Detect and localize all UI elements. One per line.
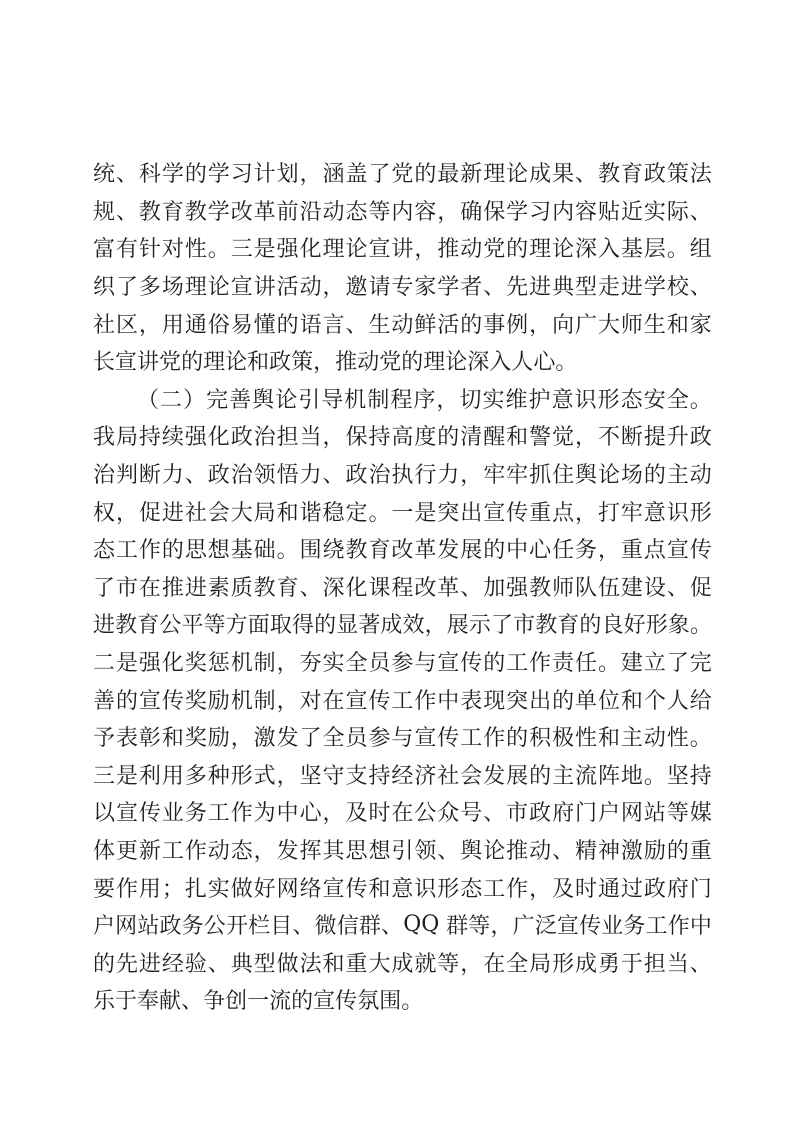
glyph: 以 <box>93 796 115 827</box>
glyph: 活 <box>277 270 299 301</box>
glyph: 政 <box>208 458 230 489</box>
glyph: 场 <box>162 270 184 301</box>
glyph: 例 <box>506 308 528 339</box>
glyph: 人 <box>667 684 689 715</box>
glyph: 重 <box>345 947 367 978</box>
glyph: 政 <box>269 345 291 376</box>
glyph: 作 <box>483 721 505 752</box>
glyph: ， <box>277 684 299 715</box>
glyph: 励 <box>208 721 230 752</box>
glyph: 三 <box>93 759 115 790</box>
glyph: 用 <box>162 759 184 790</box>
glyph: 示 <box>469 608 491 639</box>
glyph: 完 <box>206 383 228 414</box>
glyph: 持 <box>368 420 390 451</box>
glyph: 宣 <box>667 533 689 564</box>
glyph: 传 <box>368 684 390 715</box>
glyph: 先 <box>116 947 138 978</box>
glyph: 际 <box>667 195 689 226</box>
glyph: 形 <box>437 872 459 903</box>
glyph: 人 <box>511 345 533 376</box>
glyph: 务 <box>185 796 207 827</box>
glyph: 想 <box>208 533 230 564</box>
glyph: 思 <box>185 533 207 564</box>
glyph: 学 <box>644 270 666 301</box>
glyph: 大 <box>231 496 253 527</box>
glyph: ， <box>460 458 482 489</box>
glyph: 推 <box>437 232 459 263</box>
glyph: 网 <box>621 796 643 827</box>
glyph: 通 <box>185 308 207 339</box>
text-line: 织了多场理论宣讲活动，邀请专家学者、先进典型走进学校、 <box>93 267 712 305</box>
glyph: 作 <box>231 796 253 827</box>
glyph: 神 <box>598 834 620 865</box>
text-line: 规、教育教学改革前沿动态等内容，确保学习内容贴近实际、 <box>93 192 712 230</box>
glyph: 市 <box>513 608 535 639</box>
glyph: ， <box>529 872 551 903</box>
glyph: 乐 <box>93 984 115 1015</box>
glyph: ， <box>414 232 436 263</box>
glyph: 性 <box>575 721 597 752</box>
glyph: 典 <box>231 947 253 978</box>
glyph: 容 <box>414 195 436 226</box>
paragraph-theory-learning: 统、科学的学习计划，涵盖了党的最新理论成果、教育政策法规、教育教学改革前沿动态等… <box>93 154 712 380</box>
glyph: 是 <box>116 646 138 677</box>
glyph: 阵 <box>598 759 620 790</box>
glyph: 教 <box>529 571 551 602</box>
glyph: ， <box>300 157 322 188</box>
glyph: ， <box>436 383 458 414</box>
glyph: 机 <box>231 646 253 677</box>
glyph: 革 <box>437 571 459 602</box>
glyph: 济 <box>414 759 436 790</box>
glyph: 教 <box>185 195 207 226</box>
glyph: 推 <box>162 571 184 602</box>
glyph: 及 <box>345 796 367 827</box>
glyph: 。 <box>368 496 390 527</box>
glyph: 会 <box>208 496 230 527</box>
glyph: 业 <box>162 796 184 827</box>
glyph: 力 <box>437 458 459 489</box>
glyph: 络 <box>300 872 322 903</box>
glyph: 支 <box>345 759 367 790</box>
glyph: 动 <box>644 721 666 752</box>
glyph: 的 <box>483 646 505 677</box>
glyph: 作 <box>116 872 138 903</box>
glyph: 围 <box>379 984 401 1015</box>
space <box>439 912 446 937</box>
glyph: 宣 <box>116 796 138 827</box>
glyph: 划 <box>277 157 299 188</box>
glyph: 媒 <box>690 796 712 827</box>
glyph: 宣 <box>437 646 459 677</box>
glyph: 基 <box>621 232 643 263</box>
glyph: 的 <box>483 533 505 564</box>
glyph: 一 <box>247 984 269 1015</box>
glyph: 创 <box>225 984 247 1015</box>
glyph: 广 <box>575 308 597 339</box>
glyph: 经 <box>391 759 413 790</box>
glyph: 善 <box>229 383 251 414</box>
glyph: ， <box>254 834 276 865</box>
glyph: 的 <box>277 308 299 339</box>
glyph: 宣 <box>414 721 436 752</box>
glyph: 持 <box>368 759 390 790</box>
glyph: 动 <box>300 270 322 301</box>
glyph: 坚 <box>667 759 689 790</box>
glyph: 发 <box>277 721 299 752</box>
glyph: 奖 <box>185 721 207 752</box>
glyph: 学 <box>437 270 459 301</box>
glyph: 传 <box>690 533 712 564</box>
glyph: 极 <box>552 721 574 752</box>
glyph: ， <box>425 608 447 639</box>
glyph: 信 <box>337 909 359 940</box>
glyph: 全 <box>667 383 689 414</box>
glyph: 氛 <box>357 984 379 1015</box>
glyph: 传 <box>437 721 459 752</box>
glyph: 学 <box>162 157 184 188</box>
glyph: 事 <box>483 308 505 339</box>
glyph: 务 <box>623 909 645 940</box>
glyph: 好 <box>254 872 276 903</box>
glyph: ， <box>323 420 345 451</box>
glyph: 责 <box>552 646 574 677</box>
glyph: 了 <box>368 157 390 188</box>
glyph: 策 <box>667 157 689 188</box>
glyph: 性 <box>185 232 207 263</box>
glyph: 的 <box>529 759 551 790</box>
glyph: 内 <box>552 195 574 226</box>
glyph: ， <box>437 195 459 226</box>
glyph: 守 <box>323 759 345 790</box>
glyph: 。 <box>667 232 689 263</box>
glyph: 政 <box>231 420 253 451</box>
glyph: 强 <box>185 420 207 451</box>
text-line: 治判断力、政治领悟力、政治执行力，牢牢抓住舆论场的主动 <box>93 455 712 493</box>
glyph: 型 <box>575 270 597 301</box>
glyph: 动 <box>460 232 482 263</box>
glyph: 形 <box>690 496 712 527</box>
glyph: 制 <box>367 383 389 414</box>
glyph: 门 <box>575 796 597 827</box>
glyph: 课 <box>368 571 390 602</box>
glyph: 组 <box>690 232 712 263</box>
glyph: 最 <box>437 157 459 188</box>
glyph: 程 <box>390 383 412 414</box>
glyph: 机 <box>344 383 366 414</box>
glyph: 流 <box>575 759 597 790</box>
glyph: 革 <box>254 195 276 226</box>
glyph: 育 <box>162 195 184 226</box>
glyph: 理 <box>323 232 345 263</box>
glyph: 著 <box>358 608 380 639</box>
glyph: 于 <box>621 947 643 978</box>
glyph: 宣 <box>483 496 505 527</box>
glyph: 务 <box>182 909 204 940</box>
glyph: 大 <box>598 308 620 339</box>
glyph: 走 <box>598 270 620 301</box>
glyph: 的 <box>162 533 184 564</box>
glyph: 打 <box>598 496 620 527</box>
glyph: 实 <box>644 195 666 226</box>
glyph: 性 <box>667 721 689 752</box>
glyph: 中 <box>437 684 459 715</box>
glyph: 立 <box>644 646 666 677</box>
glyph: 地 <box>621 759 643 790</box>
glyph: ， <box>529 308 551 339</box>
glyph: 讲 <box>254 270 276 301</box>
glyph: 时 <box>368 796 390 827</box>
glyph: 重 <box>529 496 551 527</box>
glyph: 、 <box>575 157 597 188</box>
glyph: 队 <box>575 571 597 602</box>
glyph: 引 <box>391 834 413 865</box>
text-line: 二是强化奖惩机制，夯实全员参与宣传的工作责任。建立了完 <box>93 643 712 681</box>
glyph: 权 <box>93 496 115 527</box>
glyph: 理 <box>203 345 225 376</box>
glyph: 理 <box>185 270 207 301</box>
glyph: 目 <box>270 909 292 940</box>
glyph: 传 <box>335 984 357 1015</box>
glyph: 、 <box>208 947 230 978</box>
glyph: 要 <box>93 872 115 903</box>
glyph: 公 <box>414 796 436 827</box>
glyph: 引 <box>298 383 320 414</box>
text-line: 我局持续强化政治担当，保持高度的清醒和警觉，不断提升政 <box>93 417 712 455</box>
glyph: 二 <box>93 646 115 677</box>
glyph: ， <box>277 646 299 677</box>
glyph: 促 <box>139 496 161 527</box>
text-line: 体更新工作动态，发挥其思想引领、舆论推动、精神激励的重 <box>93 831 712 869</box>
glyph: 局 <box>116 420 138 451</box>
glyph: 论 <box>345 232 367 263</box>
glyph: 深 <box>575 232 597 263</box>
glyph: 的 <box>552 684 574 715</box>
glyph: 果 <box>552 157 574 188</box>
glyph: 挥 <box>300 834 322 865</box>
glyph: 夯 <box>300 646 322 677</box>
text-line: 要作用；扎实做好网络宣传和意识形态工作，及时通过政府门 <box>93 868 712 906</box>
glyph: 予 <box>93 721 115 752</box>
glyph: 社 <box>185 496 207 527</box>
glyph: 想 <box>368 834 390 865</box>
glyph: 更 <box>116 834 138 865</box>
glyph: 、 <box>181 984 203 1015</box>
glyph: 意 <box>552 383 574 414</box>
glyph: 和 <box>323 947 345 978</box>
glyph: 对 <box>300 684 322 715</box>
glyph: 型 <box>254 947 276 978</box>
glyph: ， <box>231 721 253 752</box>
glyph: 、 <box>483 796 505 827</box>
glyph: 和 <box>368 872 390 903</box>
glyph: 序 <box>413 383 435 414</box>
glyph: ， <box>575 496 597 527</box>
glyph: 论 <box>506 157 528 188</box>
glyph: 进 <box>139 947 161 978</box>
glyph: 不 <box>598 420 620 451</box>
glyph: 突 <box>437 496 459 527</box>
glyph: 奉 <box>137 984 159 1015</box>
glyph: 化 <box>208 420 230 451</box>
glyph: 传 <box>345 872 367 903</box>
glyph: 强 <box>506 571 528 602</box>
glyph: 机 <box>231 684 253 715</box>
glyph: 识 <box>667 496 689 527</box>
glyph: 、 <box>460 571 482 602</box>
glyph: 等 <box>468 909 490 940</box>
glyph: 宣 <box>345 684 367 715</box>
glyph: 、 <box>185 458 207 489</box>
glyph: 悟 <box>277 458 299 489</box>
glyph: 富 <box>93 232 115 263</box>
glyph: 教 <box>115 608 137 639</box>
glyph: 的 <box>181 345 203 376</box>
glyph: 的 <box>644 458 666 489</box>
glyph: 入 <box>598 232 620 263</box>
glyph: 进 <box>185 571 207 602</box>
glyph: 宣 <box>231 270 253 301</box>
glyph: 态 <box>460 872 482 903</box>
glyph: 作 <box>529 646 551 677</box>
glyph: 和 <box>277 496 299 527</box>
glyph: 的 <box>667 834 689 865</box>
glyph: 教 <box>254 571 276 602</box>
glyph: 醒 <box>483 420 505 451</box>
glyph: 设 <box>644 571 666 602</box>
glyph: 领 <box>414 834 436 865</box>
glyph: 育 <box>277 571 299 602</box>
text-line: 进教育公平等方面取得的显著成效，展示了市教育的良好形象。 <box>93 605 712 643</box>
glyph: 是 <box>116 759 138 790</box>
glyph: 针 <box>139 232 161 263</box>
glyph: 政 <box>644 157 666 188</box>
glyph: 、 <box>552 834 574 865</box>
glyph: 安 <box>644 383 666 414</box>
glyph: 围 <box>300 533 322 564</box>
glyph: 作 <box>506 872 528 903</box>
glyph: 政 <box>690 420 712 451</box>
glyph: 治 <box>231 458 253 489</box>
glyph: 习 <box>231 157 253 188</box>
glyph: 育 <box>557 608 579 639</box>
glyph: 盖 <box>345 157 367 188</box>
glyph: 为 <box>254 796 276 827</box>
glyph: 工 <box>483 872 505 903</box>
glyph: 是 <box>254 232 276 263</box>
text-line: （二）完善舆论引导机制程序，切实维护意识形态安全。 <box>93 380 712 418</box>
glyph: 的 <box>506 232 528 263</box>
glyph: 了 <box>93 571 115 602</box>
glyph: 彰 <box>139 721 161 752</box>
glyph: 工 <box>506 646 528 677</box>
glyph: 好 <box>624 608 646 639</box>
glyph: 等 <box>437 947 459 978</box>
glyph: 论 <box>598 458 620 489</box>
glyph: 网 <box>115 909 137 940</box>
glyph: 大 <box>368 947 390 978</box>
glyph: 形 <box>552 947 574 978</box>
glyph: 请 <box>368 270 390 301</box>
glyph: 经 <box>162 947 184 978</box>
glyph: 、 <box>116 195 138 226</box>
glyph: 了 <box>300 721 322 752</box>
glyph: 表 <box>460 684 482 715</box>
glyph: 激 <box>621 834 643 865</box>
glyph: 教 <box>535 608 557 639</box>
glyph: 党 <box>391 157 413 188</box>
glyph: 动 <box>357 345 379 376</box>
glyph: 、 <box>690 947 712 978</box>
glyph: 实 <box>323 646 345 677</box>
glyph: 过 <box>621 872 643 903</box>
glyph: 站 <box>137 909 159 940</box>
glyph: 改 <box>391 533 413 564</box>
glyph: 群 <box>446 909 468 940</box>
glyph: 在 <box>391 796 413 827</box>
glyph: 良 <box>602 608 624 639</box>
glyph: 工 <box>116 533 138 564</box>
text-line: 予表彰和奖励，激发了全员参与宣传工作的积极性和主动性。 <box>93 718 712 756</box>
glyph: 员 <box>345 721 367 752</box>
glyph: 动 <box>323 195 345 226</box>
glyph: 家 <box>414 270 436 301</box>
glyph: 论 <box>445 345 467 376</box>
glyph: 家 <box>690 308 712 339</box>
glyph: 我 <box>93 420 115 451</box>
glyph: 主 <box>621 721 643 752</box>
glyph: 规 <box>93 195 115 226</box>
glyph: 成 <box>575 947 597 978</box>
glyph: 市 <box>116 571 138 602</box>
glyph: 推 <box>506 834 528 865</box>
glyph: 、 <box>667 571 689 602</box>
glyph: 扎 <box>185 872 207 903</box>
glyph: 教 <box>598 157 620 188</box>
glyph: 发 <box>437 533 459 564</box>
glyph: 和 <box>598 721 620 752</box>
glyph: 态 <box>345 195 367 226</box>
glyph: 方 <box>226 608 248 639</box>
glyph: 。 <box>208 232 230 263</box>
text-line: 以宣传业务工作为中心，及时在公众号、市政府门户网站等媒 <box>93 793 712 831</box>
glyph: 传 <box>579 909 601 940</box>
glyph: 府 <box>667 872 689 903</box>
glyph: 住 <box>552 458 574 489</box>
glyph: 员 <box>368 646 390 677</box>
glyph: ， <box>323 796 345 827</box>
glyph: 素 <box>208 571 230 602</box>
glyph: 出 <box>460 496 482 527</box>
glyph: 论 <box>225 345 247 376</box>
text-line: 三是利用多种形式，坚守支持经济社会发展的主流阵地。坚持 <box>93 756 712 794</box>
glyph: 局 <box>254 496 276 527</box>
glyph: 沿 <box>300 195 322 226</box>
glyph: 识 <box>575 383 597 414</box>
glyph: 牢 <box>621 496 643 527</box>
glyph: 长 <box>93 345 115 376</box>
glyph: 抓 <box>529 458 551 489</box>
glyph: 持 <box>139 420 161 451</box>
glyph: 语 <box>300 308 322 339</box>
glyph: 稳 <box>323 496 345 527</box>
glyph: 统 <box>93 157 115 188</box>
glyph: 奖 <box>185 646 207 677</box>
glyph: 表 <box>116 721 138 752</box>
glyph: 入 <box>489 345 511 376</box>
glyph: 的 <box>314 608 336 639</box>
